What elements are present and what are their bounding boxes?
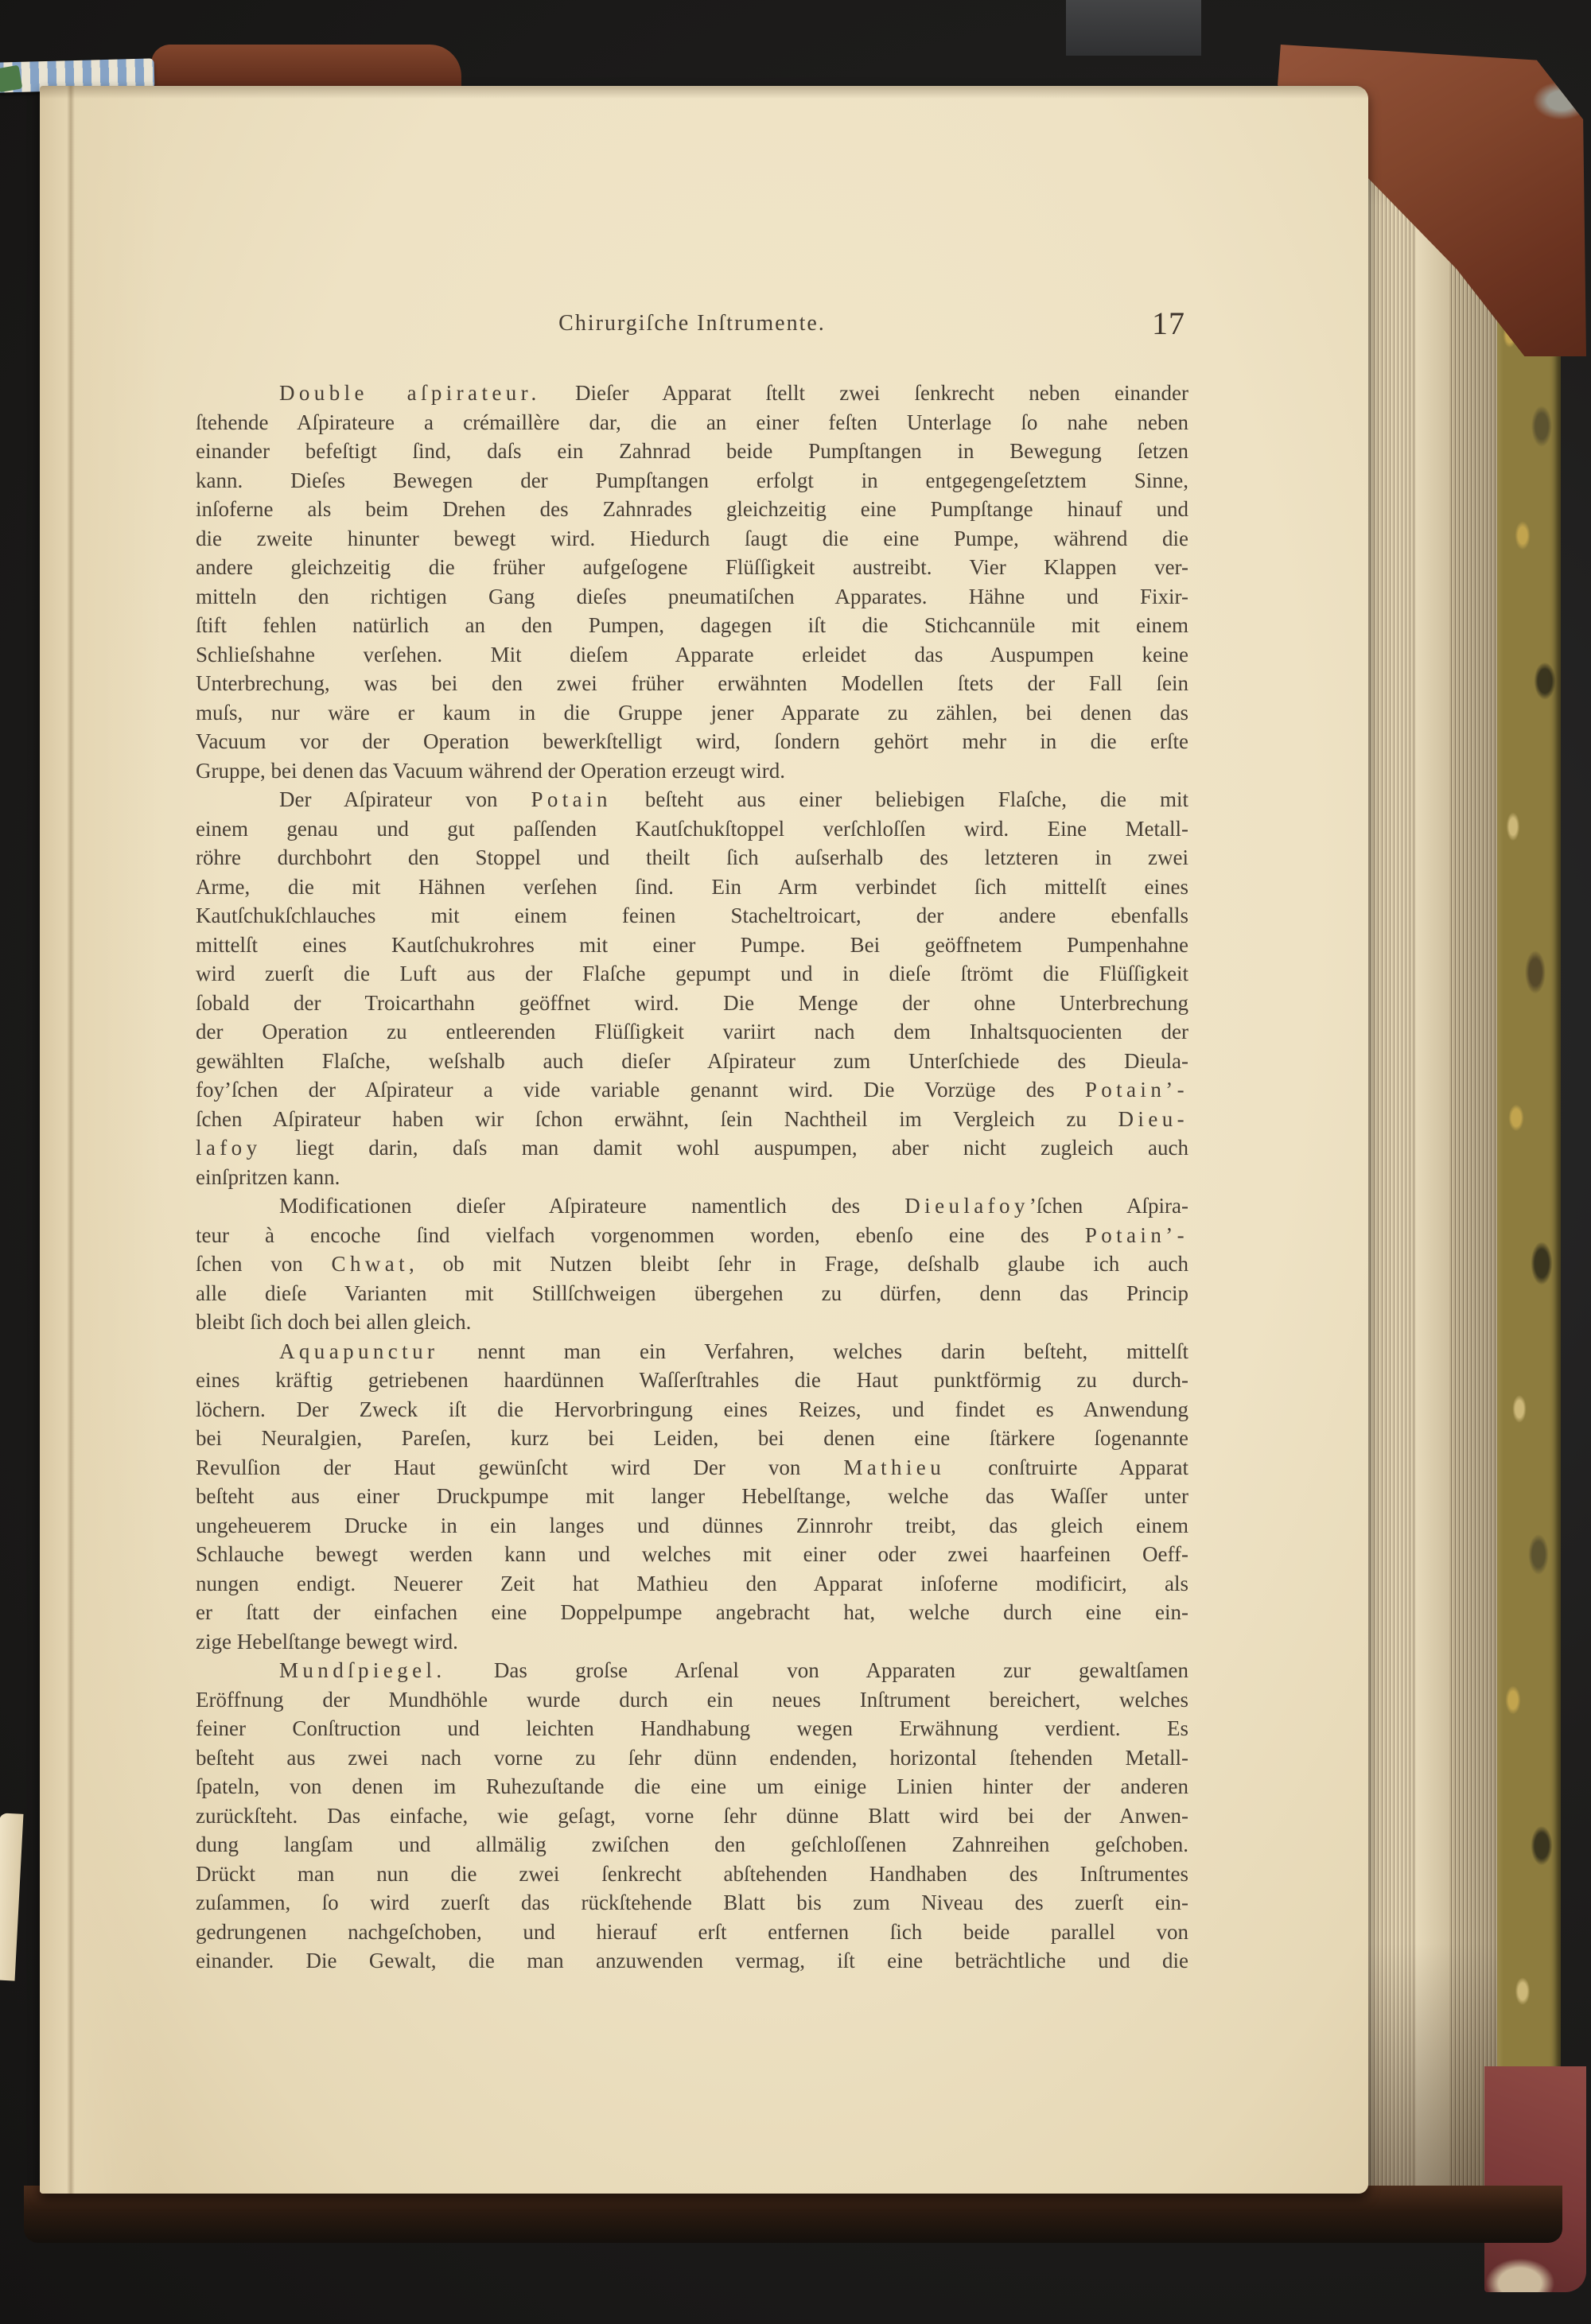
text-segment: Revulſion der Haut gewünſcht wird Der vo…	[196, 1455, 843, 1479]
text-line: feiner Conſtruction und leichten Handhab…	[196, 1714, 1188, 1743]
text-line: er ſtatt der einfachen eine Doppelpumpe …	[196, 1598, 1188, 1627]
leather-spine-cap	[151, 45, 461, 91]
text-line: wird zuerſt die Luft aus der Flaſche gep…	[196, 959, 1188, 989]
letterspaced-name: Potain’-	[1085, 1078, 1188, 1102]
text-segment: beſteht aus einer beliebigen Flaſche, di…	[612, 787, 1188, 811]
text-block: Double aſpirateur. Dieſer Apparat ſtellt…	[196, 379, 1188, 1976]
running-title: Chirurgiſche Inſtrumente.	[196, 311, 1188, 336]
text-line: Mundſpiegel. Das groſse Arſenal von Appa…	[196, 1656, 1188, 1685]
page-gutter-crease	[67, 86, 75, 2194]
text-segment: der Operation zu entleerenden Flüſſigkei…	[196, 1020, 1188, 1043]
letterspaced-name: lafoy	[196, 1136, 261, 1160]
text-segment: löchern. Der Zweck iſt die Hervorbringun…	[196, 1397, 1188, 1421]
letterspaced-name: Mathieu	[843, 1455, 945, 1479]
book-photo: Chirurgiſche Inſtrumente. 17 Double aſpi…	[0, 0, 1591, 2324]
page-number: 17	[1152, 305, 1185, 342]
text-line: zurückſteht. Das einfache, wie geſagt, v…	[196, 1801, 1188, 1831]
letterspaced-name: Chwat	[332, 1252, 410, 1276]
text-segment: dung langſam und allmälig zwiſchen den g…	[196, 1832, 1188, 1856]
book-page: Chirurgiſche Inſtrumente. 17 Double aſpi…	[40, 86, 1368, 2194]
text-segment: eines kräftig getriebenen haardünnen Waſ…	[196, 1368, 1188, 1392]
letterspaced-name: Dieulafoy	[904, 1194, 1029, 1218]
text-segment: Das groſse Arſenal von Apparaten zur gew…	[446, 1658, 1188, 1682]
text-segment: Vacuum vor der Operation bewerkſtelligt …	[196, 729, 1188, 753]
letterspaced-name: Mundſpiegel.	[279, 1658, 446, 1682]
text-segment: beſteht aus zwei nach vorne zu ſehr dünn…	[196, 1746, 1188, 1770]
text-segment: ſtift fehlen natürlich an den Pumpen, da…	[196, 613, 1188, 637]
text-line: beſteht aus einer Druckpumpe mit langer …	[196, 1482, 1188, 1511]
text-segment: Dieſer Apparat ſtellt zwei ſenkrecht neb…	[541, 381, 1188, 405]
text-segment: einander befeſtigt ſind, daſs ein Zahnra…	[196, 439, 1188, 463]
text-segment: einander. Die Gewalt, die man anzuwenden…	[196, 1949, 1188, 1972]
text-segment: ſchen Aſpirateur haben wir ſchon erwähnt…	[196, 1107, 1118, 1131]
text-line: lafoy liegt darin, daſs man damit wohl a…	[196, 1133, 1188, 1163]
text-segment: , ob mit Nutzen bleibt ſehr in Frage, de…	[409, 1252, 1188, 1276]
text-line: Gruppe, bei denen das Vacuum während der…	[196, 756, 1188, 786]
text-segment: einem genau und gut paſſenden Kautſchukſ…	[196, 817, 1188, 841]
text-line: inſoferne als beim Drehen des Zahnrades …	[196, 495, 1188, 524]
text-line: ſtift fehlen natürlich an den Pumpen, da…	[196, 611, 1188, 640]
text-line: Kautſchukſchlauches mit einem feinen Sta…	[196, 901, 1188, 931]
text-line: Vacuum vor der Operation bewerkſtelligt …	[196, 727, 1188, 756]
endband-green-thread	[0, 65, 22, 93]
text-segment: wird zuerſt die Luft aus der Flaſche gep…	[196, 962, 1188, 985]
text-line: bei Neuralgien, Pareſen, kurz bei Leiden…	[196, 1424, 1188, 1453]
text-line: zige Hebelſtange bewegt wird.	[196, 1627, 1188, 1657]
text-line: ſchen von Chwat, ob mit Nutzen bleibt ſe…	[196, 1249, 1188, 1279]
text-segment: die zweite hinunter bewegt wird. Hiedurc…	[196, 527, 1188, 550]
text-segment: bleibt ſich doch bei allen gleich.	[196, 1310, 471, 1334]
text-line: andere gleichzeitig die früher aufgeſoge…	[196, 553, 1188, 582]
text-segment: ſobald der Troicarthahn geöffnet wird. D…	[196, 991, 1188, 1015]
text-segment: foy’ſchen der Aſpirateur a vide variable…	[196, 1078, 1085, 1102]
text-line: ungeheuerem Drucke in ein langes und dün…	[196, 1511, 1188, 1541]
text-line: Aquapunctur nennt man ein Verfahren, wel…	[196, 1337, 1188, 1366]
text-line: einander befeſtigt ſind, daſs ein Zahnra…	[196, 437, 1188, 466]
text-line: zuſammen, ſo wird zuerſt das rückſtehend…	[196, 1888, 1188, 1918]
text-segment: alle dieſe Varianten mit Stillſchweigen …	[196, 1281, 1188, 1305]
fore-edge-pages	[1352, 80, 1505, 2197]
text-line: Der Aſpirateur von Potain beſteht aus ei…	[196, 785, 1188, 814]
text-segment: gewählten Flaſche, weſshalb auch dieſer …	[196, 1049, 1188, 1073]
letterspaced-name: Dieu-	[1118, 1107, 1188, 1131]
text-line: alle dieſe Varianten mit Stillſchweigen …	[196, 1279, 1188, 1308]
text-line: ſobald der Troicarthahn geöffnet wird. D…	[196, 989, 1188, 1018]
text-line: röhre durchbohrt den Stoppel und theilt …	[196, 843, 1188, 872]
text-line: muſs, nur wäre er kaum in die Gruppe jen…	[196, 698, 1188, 728]
page-edges-shading	[1352, 80, 1505, 2197]
letterspaced-name: Potain’-	[1085, 1223, 1188, 1247]
text-segment: Eröffnung der Mundhöhle wurde durch ein …	[196, 1688, 1188, 1712]
text-segment: beſteht aus einer Druckpumpe mit langer …	[196, 1484, 1188, 1508]
text-line: foy’ſchen der Aſpirateur a vide variable…	[196, 1075, 1188, 1105]
text-segment: Arme, die mit Hähnen verſehen ſind. Ein …	[196, 875, 1188, 899]
text-line: dung langſam und allmälig zwiſchen den g…	[196, 1830, 1188, 1860]
text-segment: einſpritzen kann.	[196, 1165, 340, 1189]
text-segment: liegt darin, daſs man damit wohl auspump…	[261, 1136, 1188, 1160]
text-segment: Schlauche bewegt werden kann und welches…	[196, 1542, 1188, 1566]
text-line: einander. Die Gewalt, die man anzuwenden…	[196, 1946, 1188, 1976]
text-line: beſteht aus zwei nach vorne zu ſehr dünn…	[196, 1743, 1188, 1773]
text-segment: inſoferne als beim Drehen des Zahnrades …	[196, 497, 1188, 521]
text-line: kann. Dieſes Bewegen der Pumpſtangen erf…	[196, 466, 1188, 496]
page-header: Chirurgiſche Inſtrumente. 17	[196, 311, 1188, 348]
text-segment: ſpateln, von denen im Ruhezuſtande die e…	[196, 1774, 1188, 1798]
text-segment: Der Aſpirateur von	[279, 787, 531, 811]
book-bottom-edge	[24, 2186, 1562, 2243]
text-segment: andere gleichzeitig die früher aufgeſoge…	[196, 555, 1188, 579]
text-line: Eröffnung der Mundhöhle wurde durch ein …	[196, 1685, 1188, 1715]
page-gutter-shadow	[40, 86, 159, 2194]
letterspaced-name: Potain	[531, 787, 611, 811]
text-segment: ungeheuerem Drucke in ein langes und dün…	[196, 1514, 1188, 1537]
text-segment: kann. Dieſes Bewegen der Pumpſtangen erf…	[196, 468, 1188, 492]
marbled-paper-edge	[1497, 262, 1561, 2082]
text-line: nungen endigt. Neuerer Zeit hat Mathieu …	[196, 1569, 1188, 1599]
text-line: ſchen Aſpirateur haben wir ſchon erwähnt…	[196, 1105, 1188, 1134]
text-segment: er ſtatt der einfachen eine Doppelpumpe …	[196, 1600, 1188, 1624]
text-line: bleibt ſich doch bei allen gleich.	[196, 1308, 1188, 1337]
text-segment: ſchen von	[196, 1252, 332, 1276]
text-segment: muſs, nur wäre er kaum in die Gruppe jen…	[196, 701, 1188, 725]
text-segment: Modificationen dieſer Aſpirateure nament…	[279, 1194, 904, 1218]
text-segment: teur à encoche ſind vielfach vorgenommen…	[196, 1223, 1085, 1247]
cover-edge-sliver	[0, 1813, 23, 1980]
text-segment: gedrungenen nachgeſchoben, und hierauf e…	[196, 1920, 1188, 1944]
text-segment: nennt man ein Verfahren, welches darin b…	[438, 1339, 1188, 1363]
text-segment: röhre durchbohrt den Stoppel und theilt …	[196, 845, 1188, 869]
text-line: Arme, die mit Hähnen verſehen ſind. Ein …	[196, 872, 1188, 902]
text-line: Unterbrechung, was bei den zwei früher e…	[196, 669, 1188, 698]
text-segment: Unterbrechung, was bei den zwei früher e…	[196, 671, 1188, 695]
text-segment: zurückſteht. Das einfache, wie geſagt, v…	[196, 1804, 1188, 1828]
text-segment: mitteln den richtigen Gang dieſes pneuma…	[196, 585, 1188, 608]
text-segment: Kautſchukſchlauches mit einem feinen Sta…	[196, 904, 1188, 927]
text-line: eines kräftig getriebenen haardünnen Waſ…	[196, 1366, 1188, 1395]
text-line: Double aſpirateur. Dieſer Apparat ſtellt…	[196, 379, 1188, 408]
text-line: Modificationen dieſer Aſpirateure nament…	[196, 1191, 1188, 1221]
text-segment: conſtruirte Apparat	[945, 1455, 1188, 1479]
text-line: einſpritzen kann.	[196, 1163, 1188, 1192]
text-segment: ’ſchen Aſpira-	[1029, 1194, 1188, 1218]
text-segment: feiner Conſtruction und leichten Handhab…	[196, 1716, 1188, 1740]
text-segment: Schlieſshahne verſehen. Mit dieſem Appar…	[196, 643, 1188, 666]
text-line: gedrungenen nachgeſchoben, und hierauf e…	[196, 1918, 1188, 1947]
text-line: Revulſion der Haut gewünſcht wird Der vo…	[196, 1453, 1188, 1483]
text-line: der Operation zu entleerenden Flüſſigkei…	[196, 1017, 1188, 1047]
text-segment: Drückt man nun die zwei ſenkrecht abſteh…	[196, 1862, 1188, 1886]
text-segment: mittelſt eines Kautſchukrohres mit einer…	[196, 933, 1188, 957]
text-line: teur à encoche ſind vielfach vorgenommen…	[196, 1221, 1188, 1250]
letterspaced-name: Aquapunctur	[279, 1339, 438, 1363]
text-line: einem genau und gut paſſenden Kautſchukſ…	[196, 814, 1188, 844]
text-line: Schlauche bewegt werden kann und welches…	[196, 1540, 1188, 1569]
text-line: gewählten Flaſche, weſshalb auch dieſer …	[196, 1047, 1188, 1076]
text-line: mittelſt eines Kautſchukrohres mit einer…	[196, 931, 1188, 960]
text-line: ſtehende Aſpirateure a crémaillère dar, …	[196, 408, 1188, 437]
text-segment: zige Hebelſtange bewegt wird.	[196, 1630, 458, 1654]
text-segment: Gruppe, bei denen das Vacuum während der…	[196, 759, 785, 783]
text-line: ſpateln, von denen im Ruhezuſtande die e…	[196, 1772, 1188, 1801]
text-line: mitteln den richtigen Gang dieſes pneuma…	[196, 582, 1188, 612]
text-line: Schlieſshahne verſehen. Mit dieſem Appar…	[196, 640, 1188, 670]
text-line: löchern. Der Zweck iſt die Hervorbringun…	[196, 1395, 1188, 1424]
leather-corner-bottom-right	[1484, 2066, 1586, 2292]
backdrop-gray-strip	[1066, 0, 1201, 56]
text-segment: nungen endigt. Neuerer Zeit hat Mathieu …	[196, 1572, 1188, 1595]
letterspaced-name: Double aſpirateur.	[279, 381, 541, 405]
text-segment: bei Neuralgien, Pareſen, kurz bei Leiden…	[196, 1426, 1188, 1450]
text-segment: zuſammen, ſo wird zuerſt das rückſtehend…	[196, 1891, 1188, 1914]
text-line: die zweite hinunter bewegt wird. Hiedurc…	[196, 524, 1188, 554]
text-segment: ſtehende Aſpirateure a crémaillère dar, …	[196, 410, 1188, 434]
text-line: Drückt man nun die zwei ſenkrecht abſteh…	[196, 1860, 1188, 1889]
page-top-shading	[40, 86, 1368, 99]
